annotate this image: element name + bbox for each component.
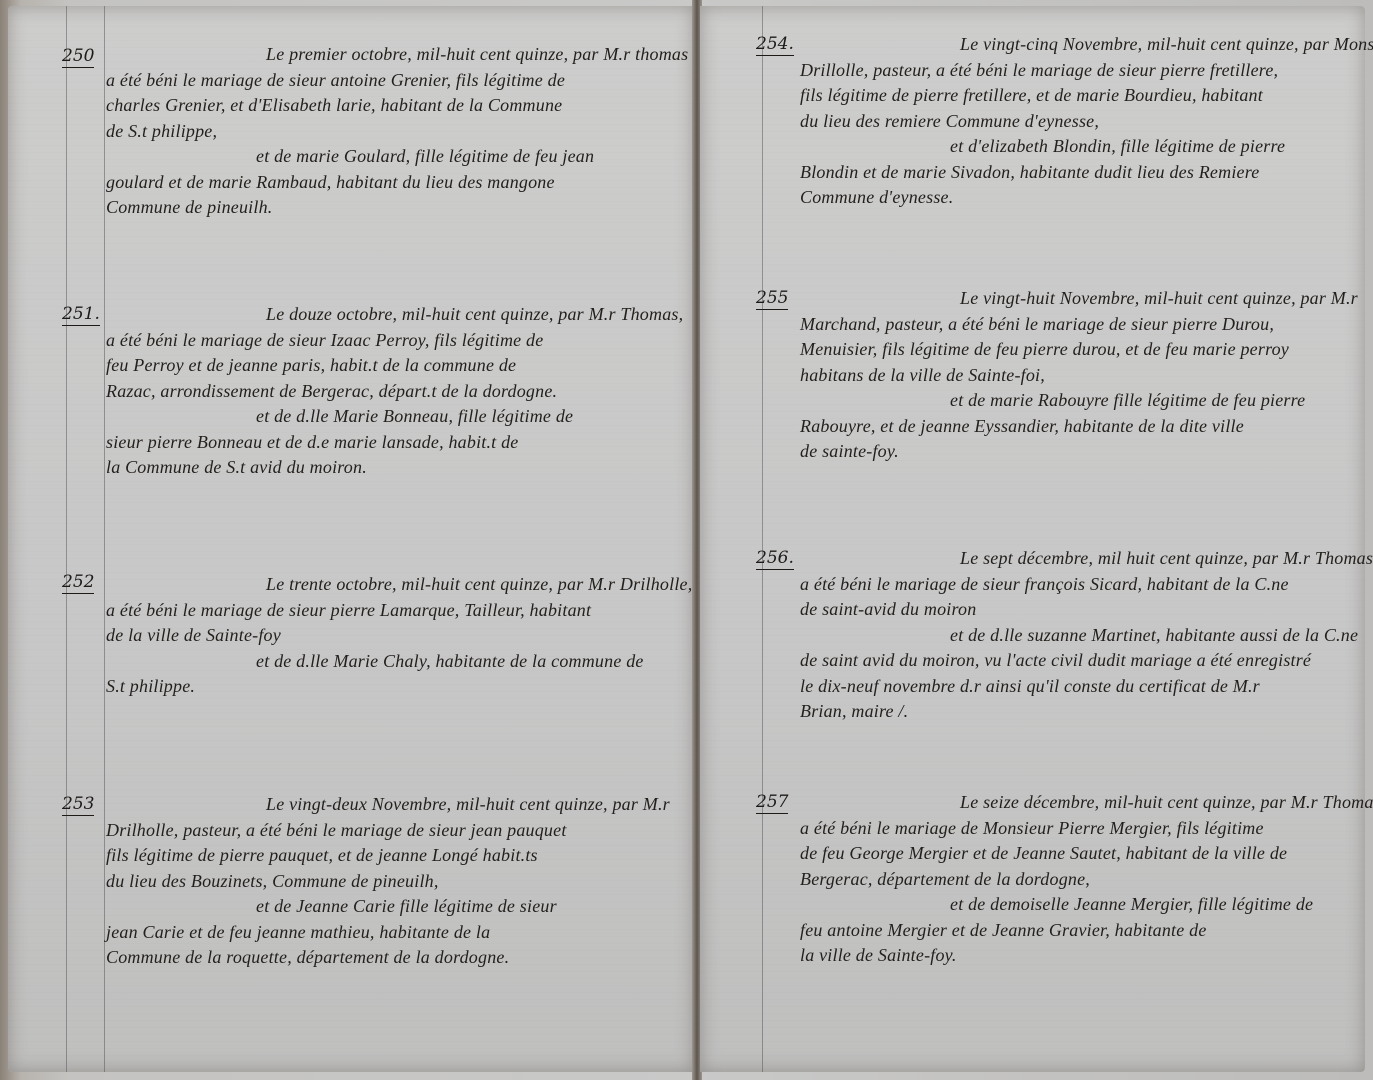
- entry-line: la ville de Sainte-foy.: [800, 943, 1373, 969]
- entry-line: feu Perroy et de jeanne paris, habit.t d…: [106, 353, 683, 379]
- entry-line: du lieu des remiere Commune d'eynesse,: [800, 109, 1373, 135]
- entry-line: Brian, maire /.: [800, 699, 1373, 725]
- entry-line: Bergerac, département de la dordogne,: [800, 867, 1373, 893]
- entry-line: le dix-neuf novembre d.r ainsi qu'il con…: [800, 674, 1373, 700]
- entry-line: de saint-avid du moiron: [800, 597, 1373, 623]
- entry-line: du lieu des Bouzinets, Commune de pineui…: [106, 869, 670, 895]
- entry-line: et de Jeanne Carie fille légitime de sie…: [106, 894, 670, 920]
- entry-line: Menuisier, fils légitime de feu pierre d…: [800, 337, 1358, 363]
- entry-line: Commune de pineuilh.: [106, 195, 688, 221]
- entry-line: jean Carie et de feu jeanne mathieu, hab…: [106, 920, 670, 946]
- entry-line: Le vingt-cinq Novembre, mil-huit cent qu…: [800, 32, 1373, 58]
- entry-line: Razac, arrondissement de Bergerac, dépar…: [106, 379, 683, 405]
- entry-line: fils légitime de pierre fretillere, et d…: [800, 83, 1373, 109]
- entry-line: charles Grenier, et d'Elisabeth larie, h…: [106, 93, 688, 119]
- entry-number: 251.: [62, 304, 100, 326]
- entry-number: 257: [756, 792, 788, 814]
- entry-line: habitans de la ville de Sainte-foi,: [800, 363, 1358, 389]
- entry-line: Le vingt-deux Novembre, mil-huit cent qu…: [106, 792, 670, 818]
- entry-line: et de marie Rabouyre fille légitime de f…: [800, 388, 1358, 414]
- entry-line: Le premier octobre, mil-huit cent quinze…: [106, 42, 688, 68]
- entry-line: la Commune de S.t avid du moiron.: [106, 455, 683, 481]
- entry-line: Marchand, pasteur, a été béni le mariage…: [800, 312, 1358, 338]
- entry-line: de S.t philippe,: [106, 119, 688, 145]
- entry-line: et de d.lle Marie Bonneau, fille légitim…: [106, 404, 683, 430]
- entry-line: et de d.lle Marie Chaly, habitante de la…: [106, 649, 740, 675]
- entry-line: Le trente octobre, mil-huit cent quinze,…: [106, 572, 740, 598]
- entry-line: de feu George Mergier et de Jeanne Saute…: [800, 841, 1373, 867]
- margin-rule: [104, 6, 105, 1072]
- entry-line: sieur pierre Bonneau et de d.e marie lan…: [106, 430, 683, 456]
- entry-line: et d'elizabeth Blondin, fille légitime d…: [800, 134, 1373, 160]
- entry-line: feu antoine Mergier et de Jeanne Gravier…: [800, 918, 1373, 944]
- entry-line: a été béni le mariage de sieur Izaac Per…: [106, 328, 683, 354]
- entry-line: Blondin et de marie Sivadon, habitante d…: [800, 160, 1373, 186]
- entry-line: Le seize décembre, mil-huit cent quinze,…: [800, 790, 1373, 816]
- entry-number: 256.: [756, 548, 794, 570]
- entry-line: a été béni le mariage de sieur françois …: [800, 572, 1373, 598]
- entry-line: a été béni le mariage de Monsieur Pierre…: [800, 816, 1373, 842]
- entry-line: a été béni le mariage de sieur antoine G…: [106, 68, 688, 94]
- entry-number: 255: [756, 288, 788, 310]
- register-spread: 250 Le premier octobre, mil-huit cent qu…: [0, 0, 1373, 1080]
- right-page: 254. Le vingt-cinq Novembre, mil-huit ce…: [700, 6, 1365, 1072]
- margin-rule: [762, 6, 763, 1072]
- entry-line: Le vingt-huit Novembre, mil-huit cent qu…: [800, 286, 1358, 312]
- entry-line: et de marie Goulard, fille légitime de f…: [106, 144, 688, 170]
- entry-line: Drillolle, pasteur, a été béni le mariag…: [800, 58, 1373, 84]
- margin-rule: [66, 6, 67, 1072]
- entry-line: de saint avid du moiron, vu l'acte civil…: [800, 648, 1373, 674]
- entry-line: et de d.lle suzanne Martinet, habitante …: [800, 623, 1373, 649]
- entry-line: Drilholle, pasteur, a été béni le mariag…: [106, 818, 670, 844]
- entry-line: a été béni le mariage de sieur pierre La…: [106, 598, 740, 624]
- entry-number: 253: [62, 794, 94, 816]
- entry-number: 250: [62, 46, 94, 68]
- entry-line: S.t philippe.: [106, 674, 740, 700]
- entry-line: Commune d'eynesse.: [800, 185, 1373, 211]
- entry-number: 252: [62, 572, 94, 594]
- entry-line: et de demoiselle Jeanne Mergier, fille l…: [800, 892, 1373, 918]
- entry-line: Rabouyre, et de jeanne Eyssandier, habit…: [800, 414, 1358, 440]
- entry-line: de sainte-foy.: [800, 439, 1358, 465]
- entry-line: Le sept décembre, mil huit cent quinze, …: [800, 546, 1373, 572]
- entry-number: 254.: [756, 34, 794, 56]
- entry-line: fils légitime de pierre pauquet, et de j…: [106, 843, 670, 869]
- entry-line: goulard et de marie Rambaud, habitant du…: [106, 170, 688, 196]
- entry-line: de la ville de Sainte-foy: [106, 623, 740, 649]
- left-page: 250 Le premier octobre, mil-huit cent qu…: [8, 6, 694, 1072]
- entry-line: Commune de la roquette, département de l…: [106, 945, 670, 971]
- entry-line: Le douze octobre, mil-huit cent quinze, …: [106, 302, 683, 328]
